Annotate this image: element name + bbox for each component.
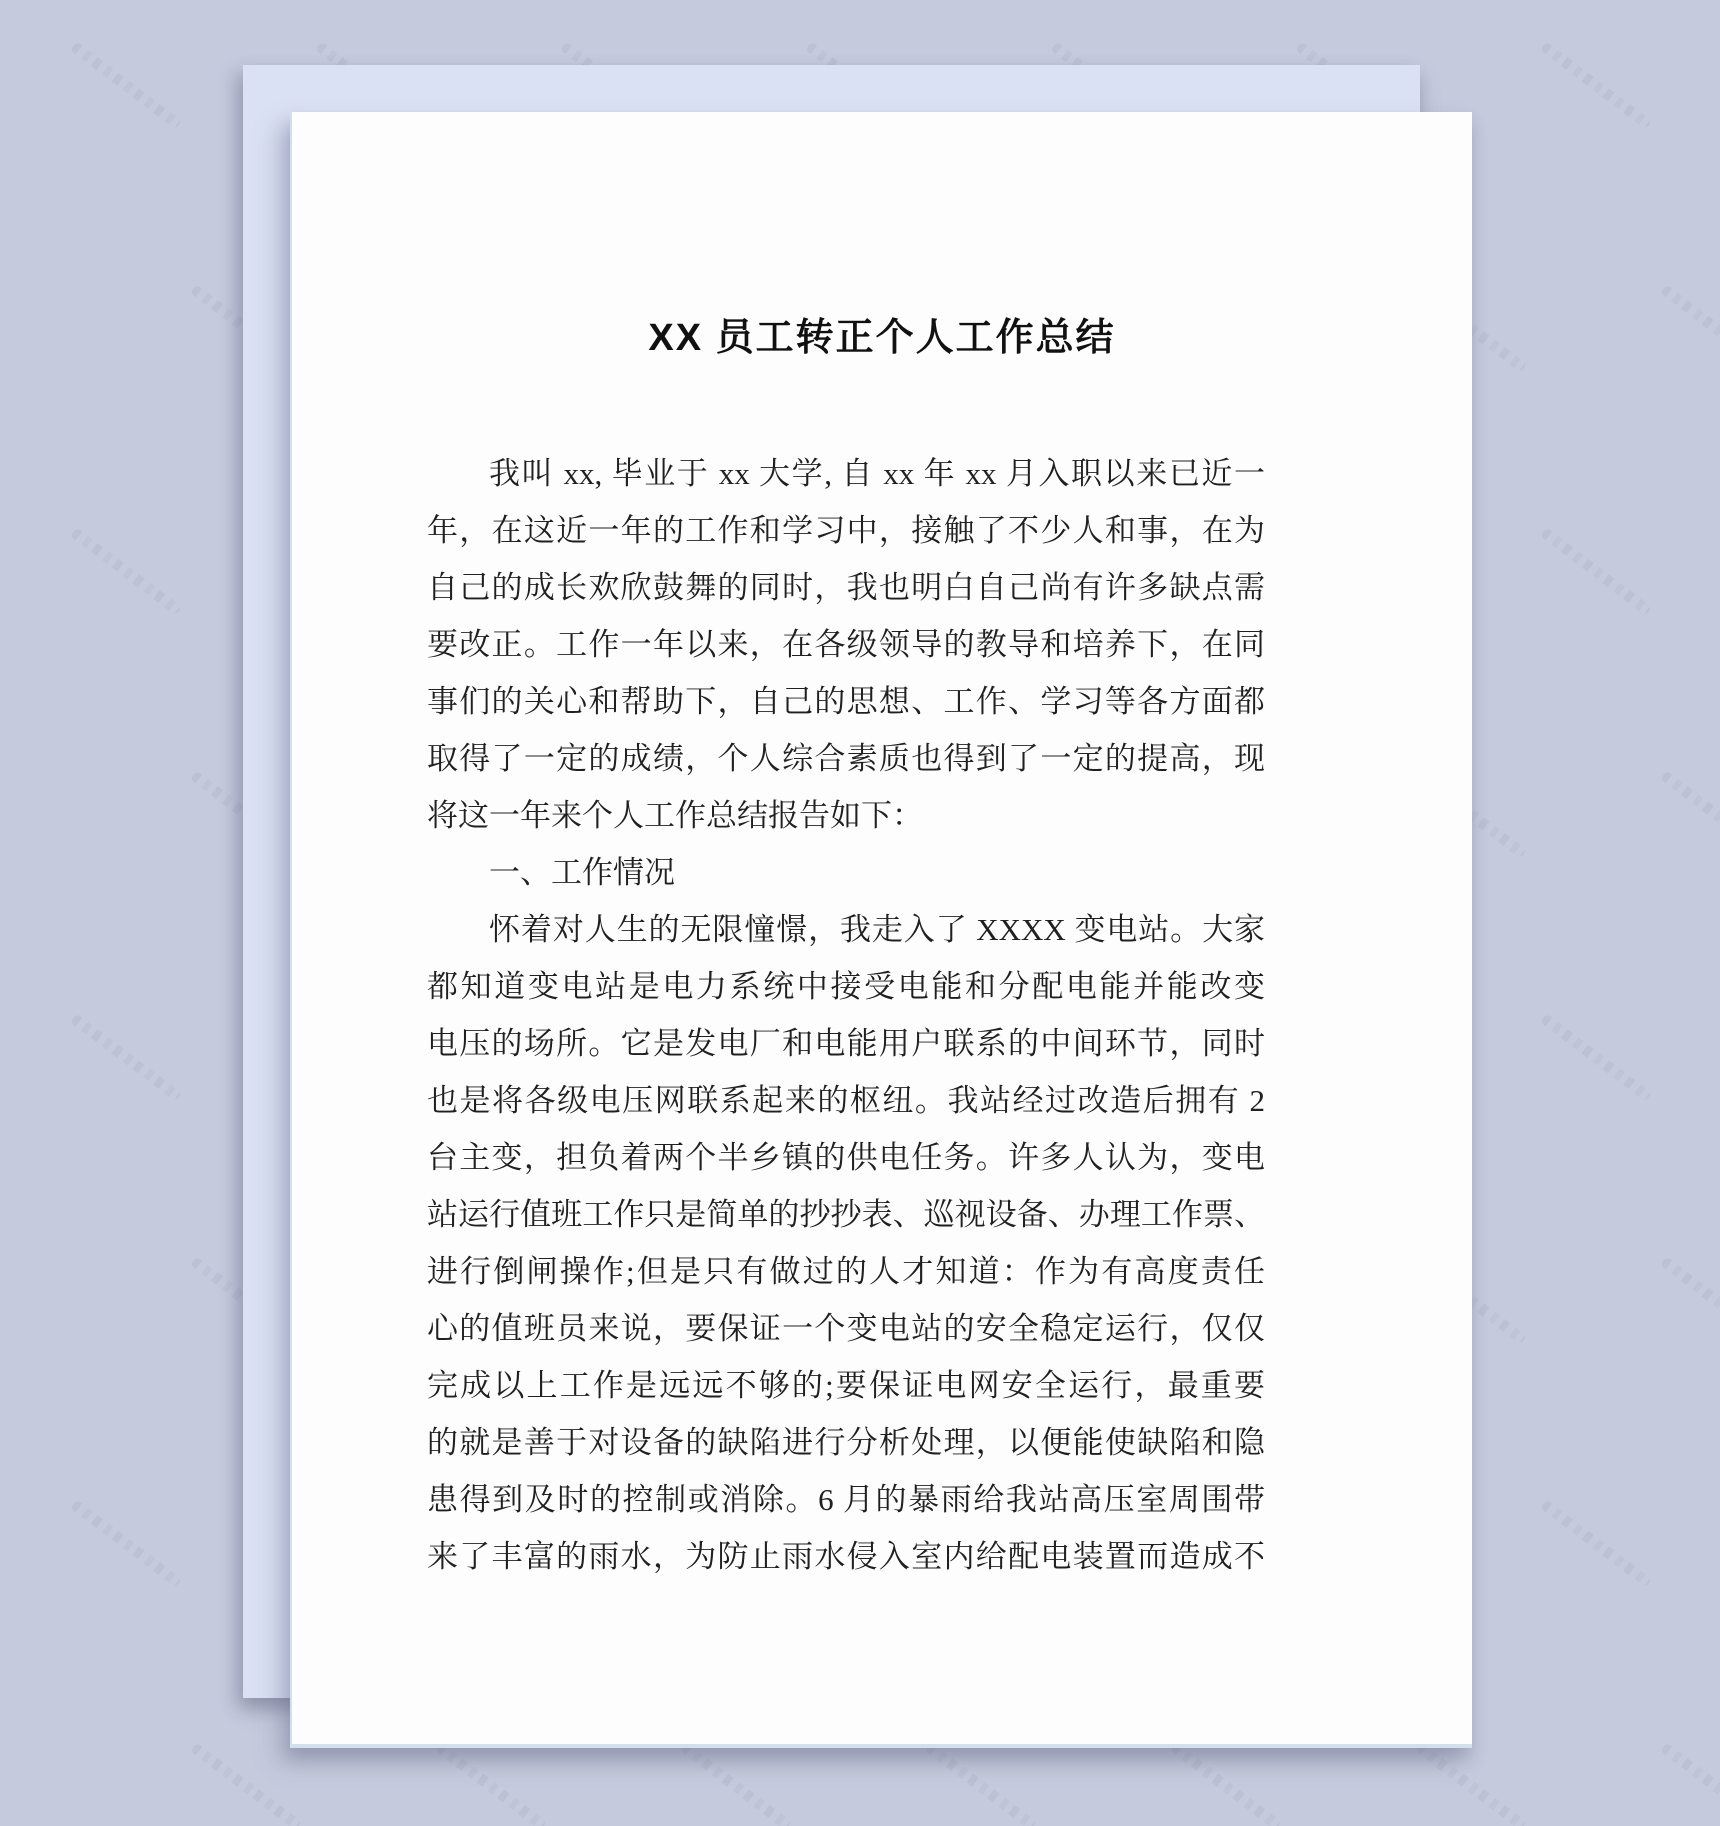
document-line: 将这一年来个人工作总结报告如下：	[427, 787, 1265, 844]
document-line: 完成以上工作是远远不够的;要保证电网安全运行，最重要	[427, 1357, 1265, 1414]
desktop-background: { "colors": { "background": "#c6cadd", "…	[0, 0, 1720, 1826]
watermark-mark	[1660, 1742, 1720, 1826]
document-line: 台主变，担负着两个半乡镇的供电任务。许多人认为，变电	[427, 1129, 1265, 1186]
watermark-mark	[70, 41, 182, 129]
watermark-mark	[680, 1742, 792, 1826]
document-line: 怀着对人生的无限憧憬，我走入了 XXXX 变电站。大家	[427, 901, 1265, 958]
watermark-mark	[925, 1742, 1037, 1826]
document-line: 电压的场所。它是发电厂和电能用户联系的中间环节，同时	[427, 1015, 1265, 1072]
watermark-mark	[1540, 41, 1652, 129]
watermark-mark	[1660, 284, 1720, 372]
document-line: 来了丰富的雨水，为防止雨水侵入室内给配电装置而造成不	[427, 1528, 1265, 1585]
document-line: 一、工作情况	[427, 844, 1265, 901]
document-title: XX 员工转正个人工作总结	[292, 306, 1472, 361]
document-line: 进行倒闸操作;但是只有做过的人才知道：作为有高度责任	[427, 1243, 1265, 1300]
watermark-mark	[1660, 1256, 1720, 1344]
document-line: 取得了一定的成绩，个人综合素质也得到了一定的提高，现	[427, 730, 1265, 787]
watermark-mark	[70, 1499, 182, 1587]
watermark-mark	[1540, 1013, 1652, 1101]
document-line: 患得到及时的控制或消除。6 月的暴雨给我站高压室周围带	[427, 1471, 1265, 1528]
document-page: XX 员工转正个人工作总结 我叫 xx, 毕业于 xx 大学, 自 xx 年 x…	[290, 112, 1472, 1748]
document-line: 自己的成长欢欣鼓舞的同时，我也明白自己尚有许多缺点需	[427, 559, 1265, 616]
watermark-mark	[70, 527, 182, 615]
document-line: 站运行值班工作只是简单的抄抄表、巡视设备、办理工作票、	[427, 1186, 1265, 1243]
watermark-mark	[1415, 1742, 1527, 1826]
watermark-mark	[1540, 1499, 1652, 1587]
watermark-mark	[190, 1742, 302, 1826]
document-line: 也是将各级电压网联系起来的枢纽。我站经过改造后拥有 2	[427, 1072, 1265, 1129]
document-line: 要改正。工作一年以来，在各级领导的教导和培养下，在同	[427, 616, 1265, 673]
document-line: 都知道变电站是电力系统中接受电能和分配电能并能改变	[427, 958, 1265, 1015]
watermark-mark	[1170, 1742, 1282, 1826]
document-body: 我叫 xx, 毕业于 xx 大学, 自 xx 年 xx 月入职以来已近一年，在这…	[427, 445, 1265, 1585]
watermark-mark	[435, 1742, 547, 1826]
watermark-mark	[1660, 770, 1720, 858]
document-line: 的就是善于对设备的缺陷进行分析处理，以便能使缺陷和隐	[427, 1414, 1265, 1471]
document-line: 我叫 xx, 毕业于 xx 大学, 自 xx 年 xx 月入职以来已近一	[427, 445, 1265, 502]
document-line: 年，在这近一年的工作和学习中，接触了不少人和事，在为	[427, 502, 1265, 559]
watermark-mark	[1540, 527, 1652, 615]
document-line: 事们的关心和帮助下，自己的思想、工作、学习等各方面都	[427, 673, 1265, 730]
document-line: 心的值班员来说，要保证一个变电站的安全稳定运行，仅仅	[427, 1300, 1265, 1357]
watermark-mark	[70, 1013, 182, 1101]
